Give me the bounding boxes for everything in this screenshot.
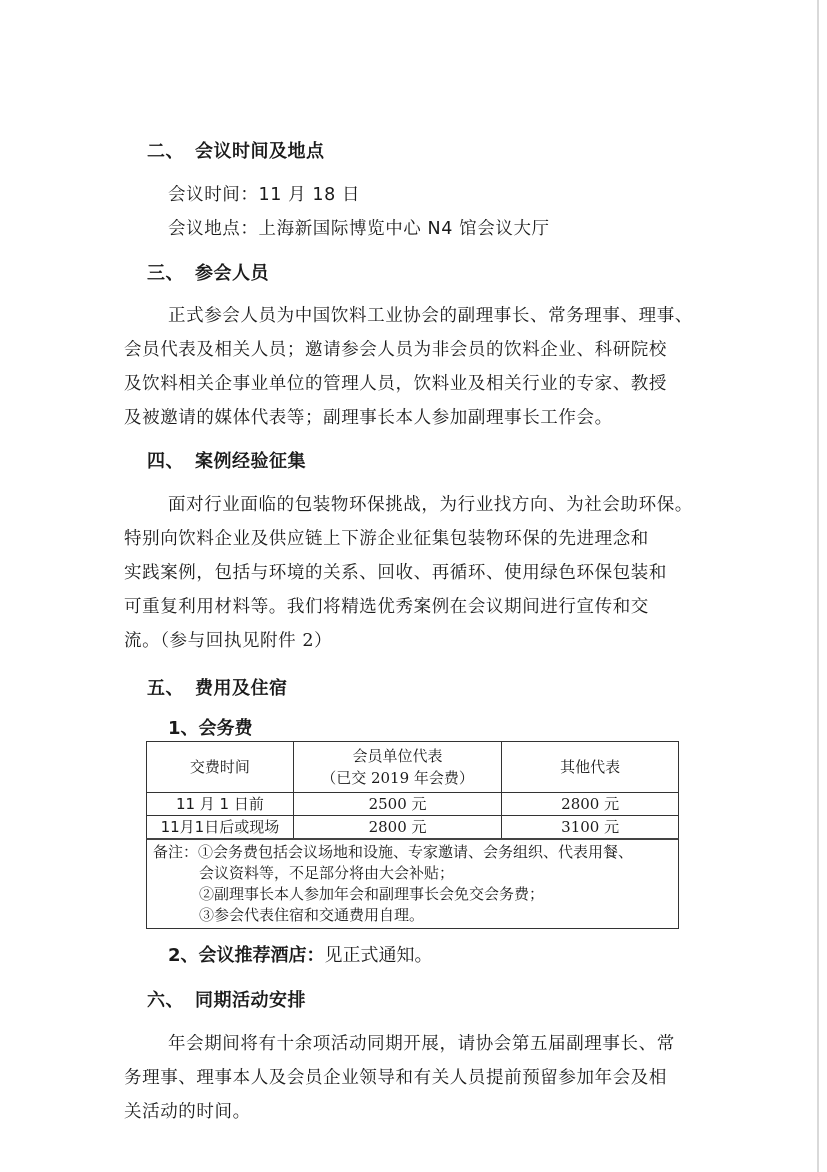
section-title: 案例经验征集 [195, 451, 306, 472]
section-number: 六、 [147, 986, 195, 1012]
paragraph-line: 正式参会人员为中国饮料工业协会的副理事长、常务理事、理事、 [168, 302, 693, 327]
section-number: 三、 [147, 259, 195, 285]
document-page: 二、会议时间及地点 会议时间：11 月 18 日 会议地点：上海新国际博览中心 … [0, 0, 827, 1172]
header-other: 其他代表 [502, 742, 679, 793]
section-heading-2: 二、会议时间及地点 [147, 137, 325, 163]
table-row: 11 月 1 日前 2500 元 2800 元 [147, 793, 679, 816]
meeting-place-label: 会议地点： [168, 219, 259, 239]
hotel-label: 2、会议推荐酒店： [168, 945, 325, 966]
paragraph-line: 及饮料相关企事业单位的管理人员，饮料业及相关行业的专家、教授 [124, 370, 667, 395]
meeting-place-value: 上海新国际博览中心 N4 馆会议大厅 [259, 219, 550, 239]
fee-notes: 备注：①会务费包括会议场地和设施、专家邀请、会务组织、代表用餐、 会议资料等，不… [146, 838, 679, 929]
header-member: 会员单位代表 （已交 2019 年会费） [293, 742, 501, 793]
section-number: 五、 [147, 674, 195, 700]
table-row: 11月1日后或现场 2800 元 3100 元 [147, 816, 679, 839]
hotel-value: 见正式通知。 [325, 945, 433, 966]
section-title: 同期活动安排 [195, 990, 306, 1011]
cell-other-fee: 3100 元 [502, 816, 679, 839]
note-line: 会议资料等，不足部分将由大会补贴； [199, 863, 454, 884]
cell-time: 11月1日后或现场 [147, 816, 294, 839]
fee-table: 交费时间 会员单位代表 （已交 2019 年会费） 其他代表 11 月 1 日前… [146, 741, 679, 839]
header-member-line2: （已交 2019 年会费） [294, 767, 501, 789]
cell-member-fee: 2800 元 [293, 816, 501, 839]
header-payment-time: 交费时间 [147, 742, 294, 793]
meeting-time-label: 会议时间： [168, 185, 259, 205]
cell-time: 11 月 1 日前 [147, 793, 294, 816]
section-heading-5: 五、费用及住宿 [147, 674, 288, 700]
paragraph-line: 特别向饮料企业及供应链上下游企业征集包装物环保的先进理念和 [124, 525, 649, 550]
subsection-fee: 1、会务费 [168, 714, 253, 740]
paragraph-line: 流。（参与回执见附件 2） [124, 627, 332, 652]
paragraph-line: 面对行业面临的包装物环保挑战，为行业找方向、为社会助环保。 [168, 491, 693, 516]
cell-member-fee: 2500 元 [293, 793, 501, 816]
section-heading-4: 四、案例经验征集 [147, 447, 306, 473]
section-title: 参会人员 [195, 263, 269, 284]
paragraph-line: 实践案例，包括与环境的关系、回收、再循环、使用绿色环保包装和 [124, 559, 667, 584]
header-member-line1: 会员单位代表 [294, 745, 501, 767]
table-header-row: 交费时间 会员单位代表 （已交 2019 年会费） 其他代表 [147, 742, 679, 793]
meeting-time-value: 11 月 18 日 [259, 185, 361, 205]
cell-other-fee: 2800 元 [502, 793, 679, 816]
note-line: ②副理事长本人参加年会和副理事长会免交会务费； [199, 884, 544, 905]
paragraph-line: 年会期间将有十余项活动同期开展，请协会第五届副理事长、常 [168, 1030, 675, 1055]
subsection-hotel: 2、会议推荐酒店：见正式通知。 [168, 941, 433, 967]
paragraph-line: 及被邀请的媒体代表等；副理事长本人参加副理事长工作会。 [124, 404, 613, 429]
note-line: 备注：①会务费包括会议场地和设施、专家邀请、会务组织、代表用餐、 [153, 842, 633, 863]
section-number: 四、 [147, 447, 195, 473]
meeting-time: 会议时间：11 月 18 日 [168, 181, 360, 206]
section-heading-6: 六、同期活动安排 [147, 986, 306, 1012]
note-line: ③参会代表住宿和交通费用自理。 [199, 905, 424, 926]
section-number: 二、 [147, 137, 195, 163]
paragraph-line: 关活动的时间。 [124, 1098, 251, 1123]
paragraph-line: 可重复利用材料等。我们将精选优秀案例在会议期间进行宣传和交 [124, 593, 649, 618]
section-heading-3: 三、参会人员 [147, 259, 269, 285]
section-title: 费用及住宿 [195, 678, 288, 699]
section-title: 会议时间及地点 [195, 141, 325, 162]
paragraph-line: 会员代表及相关人员；邀请参会人员为非会员的饮料企业、科研院校 [124, 336, 667, 361]
meeting-place: 会议地点：上海新国际博览中心 N4 馆会议大厅 [168, 215, 550, 240]
paragraph-line: 务理事、理事本人及会员企业领导和有关人员提前预留参加年会及相 [124, 1064, 667, 1089]
